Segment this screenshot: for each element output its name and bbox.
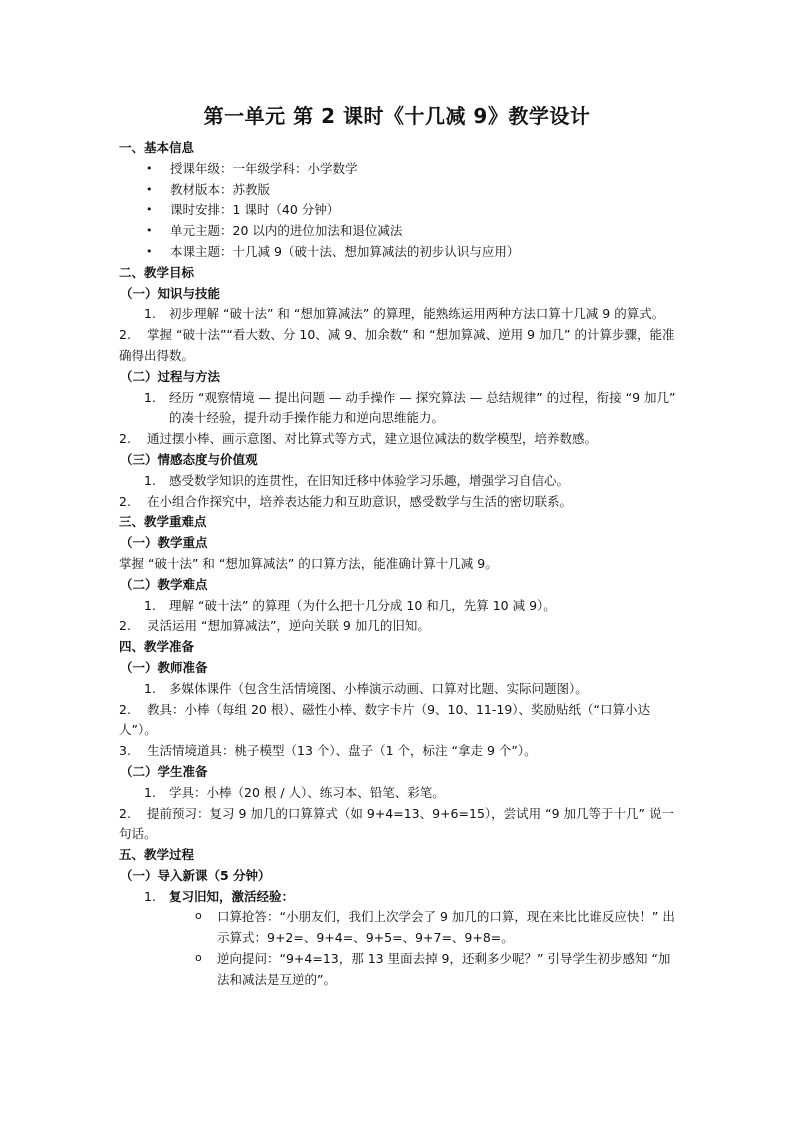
sub-list-item: 口算抢答：“小朋友们，我们上次学会了 9 加几的口算，现在来比比谁反应快！” 出…: [119, 907, 679, 949]
list-item: 1. 复习旧知，激活经验：: [119, 887, 679, 908]
list-item: 1. 感受数学知识的连贯性，在旧知迁移中体验学习乐趣，增强学习自信心。: [119, 471, 679, 492]
list-text: 在小组合作探究中，培养表达能力和互助意识，感受数学与生活的密切联系。: [147, 494, 572, 509]
list-item: 1. 学具：小棒（20 根 / 人）、练习本、铅笔、彩笔。: [119, 783, 679, 804]
bullet-item: 单元主题：20 以内的进位加法和退位减法: [119, 221, 679, 242]
list-number: 2.: [119, 700, 147, 721]
subsection-heading: （一）导入新课（5 分钟）: [119, 866, 679, 887]
list-number: 2.: [119, 616, 147, 637]
subsection-heading: （二）学生准备: [119, 762, 679, 783]
list-item: 2.教具：小棒（每组 20 根）、磁性小棒、数字卡片（9、10、11-19）、奖…: [119, 700, 679, 742]
list-number: 3.: [119, 741, 147, 762]
list-item: 2.掌握 “破十法”“看大数、分 10、减 9、加余数” 和 “想加算减、逆用 …: [119, 325, 679, 367]
list-item: 2.在小组合作探究中，培养表达能力和互助意识，感受数学与生活的密切联系。: [119, 492, 679, 513]
document-title: 第一单元 第 2 课时《十几减 9》教学设计: [0, 100, 794, 129]
sub-list-item: 逆向提问：“9+4=13，那 13 里面去掉 9，还剩多少呢？” 引导学生初步感…: [119, 949, 679, 991]
subsection-heading: （二）过程与方法: [119, 367, 679, 388]
bullet-item: 授课年级：一年级学科：小学数学: [119, 159, 679, 180]
document-page: 第一单元 第 2 课时《十几减 9》教学设计 一、基本信息 授课年级：一年级学科…: [0, 0, 794, 1123]
list-item: 1. 经历 “观察情境 — 提出问题 — 动手操作 — 探究算法 — 总结规律”…: [119, 388, 679, 430]
list-text: 学具：小棒（20 根 / 人）、练习本、铅笔、彩笔。: [169, 785, 445, 800]
list-number: 1.: [144, 679, 156, 700]
list-number: 2.: [119, 429, 147, 450]
list-item: 1. 理解 “破十法” 的算理（为什么把十几分成 10 和几，先算 10 减 9…: [119, 596, 679, 617]
section-heading-preparation: 四、教学准备: [119, 637, 679, 658]
list-item: 2.提前预习：复习 9 加几的口算算式（如 9+4=13、9+6=15），尝试用…: [119, 804, 679, 846]
list-text: 经历 “观察情境 — 提出问题 — 动手操作 — 探究算法 — 总结规律” 的过…: [169, 390, 676, 426]
list-number: 1.: [144, 887, 156, 908]
list-text: 提前预习：复习 9 加几的口算算式（如 9+4=13、9+6=15），尝试用 “…: [119, 806, 674, 842]
section-heading-teaching-process: 五、教学过程: [119, 845, 679, 866]
bullet-item: 课时安排：1 课时（40 分钟）: [119, 200, 679, 221]
list-text: 通过摆小棒、画示意图、对比算式等方式，建立退位减法的数学模型，培养数感。: [147, 431, 597, 446]
list-number: 2.: [119, 325, 147, 346]
list-text: 多媒体课件（包含生活情境图、小棒演示动画、口算对比题、实际问题图）。: [169, 681, 588, 696]
list-text: 理解 “破十法” 的算理（为什么把十几分成 10 和几，先算 10 减 9）。: [169, 598, 556, 613]
list-text: 灵活运用 “想加算减法”，逆向关联 9 加几的旧知。: [147, 618, 430, 633]
subsection-heading: （一）教师准备: [119, 658, 679, 679]
list-item: 2.灵活运用 “想加算减法”，逆向关联 9 加几的旧知。: [119, 616, 679, 637]
bullet-item: 教材版本：苏教版: [119, 180, 679, 201]
list-item: 3.生活情境道具：桃子模型（13 个）、盘子（1 个，标注 “拿走 9 个”）。: [119, 741, 679, 762]
section-heading-basic-info: 一、基本信息: [119, 138, 679, 159]
list-text: 教具：小棒（每组 20 根）、磁性小棒、数字卡片（9、10、11-19）、奖励贴…: [119, 702, 650, 738]
list-item: 1. 初步理解 “破十法” 和 “想加算减法” 的算理，能熟练运用两种方法口算十…: [119, 304, 679, 325]
list-text: 感受数学知识的连贯性，在旧知迁移中体验学习乐趣，增强学习自信心。: [169, 473, 569, 488]
paragraph: 掌握 “破十法” 和 “想加算减法” 的口算方法，能准确计算十几减 9。: [119, 554, 679, 575]
subsection-heading: （二）教学难点: [119, 575, 679, 596]
list-number: 1.: [144, 304, 156, 325]
subsection-heading: （三）情感态度与价值观: [119, 450, 679, 471]
list-number: 2.: [119, 804, 147, 825]
list-label: 复习旧知，激活经验：: [169, 889, 294, 904]
subsection-heading: （一）教学重点: [119, 533, 679, 554]
list-text: 生活情境道具：桃子模型（13 个）、盘子（1 个，标注 “拿走 9 个”）。: [147, 743, 537, 758]
bullet-item: 本课主题：十几减 9（破十法、想加算减法的初步认识与应用）: [119, 242, 679, 263]
section-heading-objectives: 二、教学目标: [119, 263, 679, 284]
list-number: 1.: [144, 471, 156, 492]
section-heading-key-points: 三、教学重难点: [119, 512, 679, 533]
list-item: 2.通过摆小棒、画示意图、对比算式等方式，建立退位减法的数学模型，培养数感。: [119, 429, 679, 450]
list-number: 1.: [144, 596, 156, 617]
list-text: 掌握 “破十法”“看大数、分 10、减 9、加余数” 和 “想加算减、逆用 9 …: [119, 327, 674, 363]
list-text: 初步理解 “破十法” 和 “想加算减法” 的算理，能熟练运用两种方法口算十几减 …: [169, 306, 664, 321]
list-number: 2.: [119, 492, 147, 513]
list-number: 1.: [144, 783, 156, 804]
list-number: 1.: [144, 388, 156, 409]
subsection-heading: （一）知识与技能: [119, 284, 679, 305]
list-item: 1. 多媒体课件（包含生活情境图、小棒演示动画、口算对比题、实际问题图）。: [119, 679, 679, 700]
document-body: 一、基本信息 授课年级：一年级学科：小学数学 教材版本：苏教版 课时安排：1 课…: [119, 138, 679, 991]
